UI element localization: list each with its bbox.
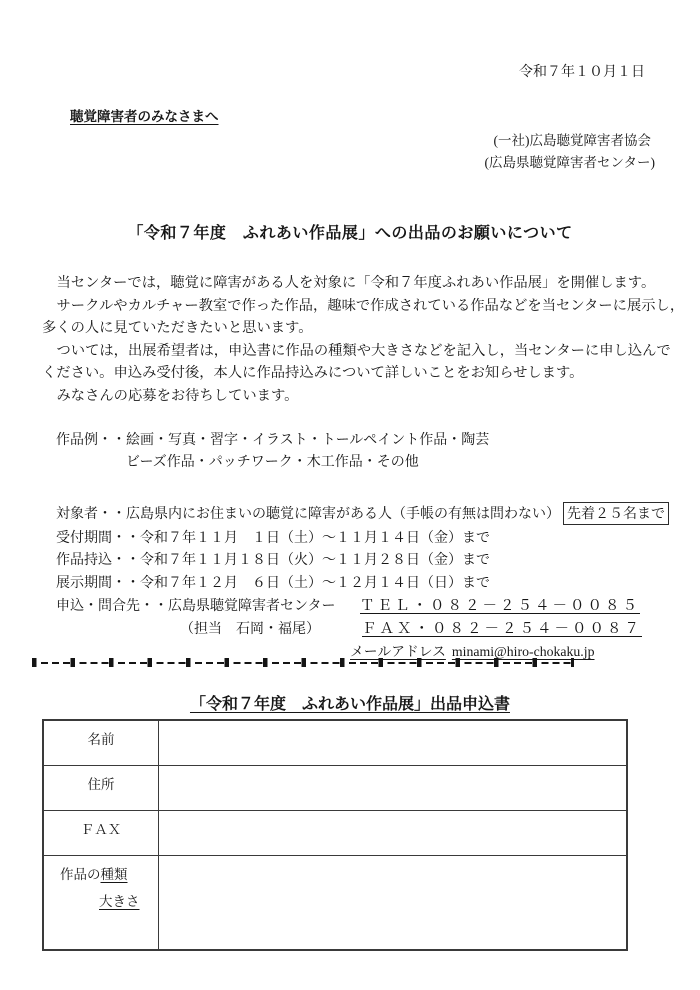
works-example-line-1: 作品例・・絵画・写真・習字・イラスト・トールペイント作品・陶芸 <box>56 429 489 449</box>
contact-line: 申込・問合先・・広島県聴覚障害者センター <box>56 595 335 615</box>
row-label-work-size: 大きさ <box>44 890 158 910</box>
table-row: 作品の種類 大きさ <box>43 856 627 951</box>
salutation: 聴覚障害者のみなさまへ <box>70 105 219 125</box>
table-row: 住所 <box>43 766 627 811</box>
body-line: サークルやカルチャー教室で作った作品，趣味で作成されている作品などを当センターに… <box>42 295 684 318</box>
body-line: みなさんの応募をお待ちしています。 <box>42 385 684 408</box>
fax-line: ＦＡＸ・０８２－２５４－００８７ <box>362 617 642 638</box>
target-line: 対象者・・広島県内にお住まいの聴覚に障害がある人（手帳の有無は問わない）先着２５… <box>56 502 669 525</box>
row-label-work-type-size: 作品の種類 大きさ <box>43 856 159 951</box>
body-line: ついては，出展希望者は，申込書に作品の種類や大きさなどを記入し，当センターに申し… <box>42 340 684 363</box>
bring-in-period-line: 作品持込・・令和７年１１月１８日（火）～１１月２８日（金）まで <box>56 549 490 569</box>
application-form-table: 名前 住所 ＦＡＸ 作品の種類 大きさ <box>42 719 628 951</box>
row-input-cell-work-type-size <box>159 856 628 951</box>
document-page: 令和７年１０月１日 聴覚障害者のみなさまへ (一社)広島聴覚障害者協会 (広島県… <box>0 0 700 990</box>
reception-period-line: 受付期間・・令和７年１１月 １日（土）～１１月１４日（金）まで <box>56 527 490 547</box>
email-address: minami@hiro-chokaku.jp <box>452 644 595 659</box>
body-line: 多くの人に見ていただきたいと思います。 <box>42 317 684 340</box>
row-label-work-type: 作品の種類 <box>44 863 158 883</box>
row-label-fax: ＦＡＸ <box>43 811 159 856</box>
table-row: 名前 <box>43 720 627 766</box>
form-title: 「令和７年度 ふれあい作品展」出品申込書 <box>0 691 700 714</box>
target-text: 対象者・・広島県内にお住まいの聴覚に障害がある人（手帳の有無は問わない） <box>56 505 560 521</box>
capacity-badge: 先着２５名まで <box>563 502 669 525</box>
row-input-cell-fax <box>159 811 628 856</box>
row-label-name: 名前 <box>43 720 159 766</box>
row-input-cell-address <box>159 766 628 811</box>
body-line: 当センターでは，聴覚に障害がある人を対象に「令和７年度ふれあい作品展」を開催しま… <box>42 272 684 295</box>
exhibit-period-line: 展示期間・・令和７年１２月 ６日（土）～１２月１４日（日）まで <box>56 572 490 592</box>
tel-line: ＴＥＬ・０８２－２５４－００８５ <box>360 594 640 615</box>
email-label: メールアドレス <box>350 644 446 659</box>
row-input-cell-name <box>159 720 628 766</box>
date-line: 令和７年１０月１日 <box>519 61 645 81</box>
table-row: ＦＡＸ <box>43 811 627 856</box>
works-example-line-2: ビーズ作品・パッチワーク・木工作品・その他 <box>126 451 419 471</box>
row-label-address: 住所 <box>43 766 159 811</box>
cut-line-separator <box>32 658 574 667</box>
document-title: 「令和７年度 ふれあい作品展」への出品のお願いについて <box>0 220 700 243</box>
email-line: メールアドレスminami@hiro-chokaku.jp <box>350 640 595 660</box>
body-line: ください。申込み受付後，本人に作品持込みについて詳しいことをお知らせします。 <box>42 362 684 385</box>
org-name-line-1: (一社)広島聴覚障害者協会 <box>494 129 652 149</box>
body-paragraph: 当センターでは，聴覚に障害がある人を対象に「令和７年度ふれあい作品展」を開催しま… <box>42 272 684 407</box>
contact-person-line: （担当 石岡・福尾） <box>180 618 320 638</box>
org-name-line-2: (広島県聴覚障害者センター) <box>485 151 655 171</box>
